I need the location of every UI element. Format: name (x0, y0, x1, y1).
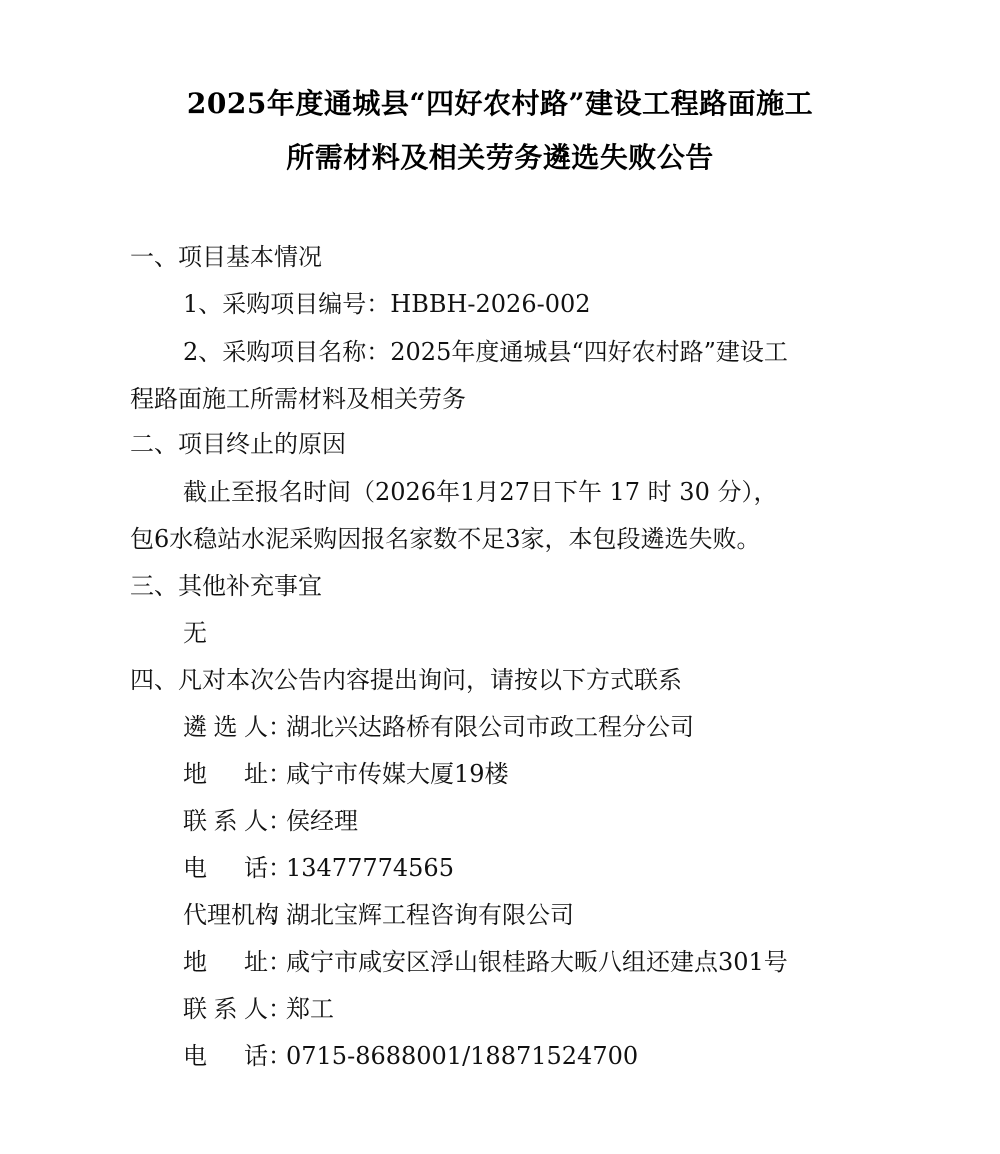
project-name-line-2: 程路面施工所需材料及相关劳务 (130, 383, 466, 415)
document-title-line-1: 2025年度通城县“四好农村路”建设工程路面施工 (0, 86, 1000, 122)
contact-value: 咸宁市咸安区浮山银桂路大畈八组还建点301号 (286, 946, 788, 978)
contact-label: 代理机构 (183, 899, 268, 931)
contact-label: 地址 (183, 946, 268, 978)
project-number: 1、采购项目编号：HBBH-2026-002 (183, 288, 591, 320)
other-matters-content: 无 (183, 617, 207, 649)
document-title-line-2: 所需材料及相关劳务遴选失败公告 (0, 140, 1000, 176)
contact-label: 联系人 (183, 993, 268, 1025)
contact-value: 咸宁市传媒大厦19楼 (286, 758, 509, 790)
contact-value: 郑工 (286, 993, 334, 1025)
section-heading-other-matters: 三、其他补充事宜 (130, 570, 322, 602)
contact-label: 联系人 (183, 805, 268, 837)
contact-label: 电话 (183, 852, 268, 884)
contact-value: 湖北宝辉工程咨询有限公司 (286, 899, 574, 931)
contact-value: 侯经理 (286, 805, 358, 837)
contact-value: 13477774565 (286, 852, 454, 884)
contact-value: 0715-8688001/18871524700 (286, 1040, 638, 1072)
termination-reason-line-1: 截止至报名时间（2026年1月27日下午 17 时 30 分）， (183, 476, 777, 508)
contact-row-agency-contact-person: 联系人 ： 郑工 (183, 993, 334, 1025)
contact-row-selector: 遴选人 ： 湖北兴达路桥有限公司市政工程分公司 (183, 711, 694, 743)
contact-label: 电话 (183, 1040, 268, 1072)
announcement-page: 2025年度通城县“四好农村路”建设工程路面施工 所需材料及相关劳务遴选失败公告… (0, 0, 1000, 1154)
contact-row-address: 地址 ： 咸宁市传媒大厦19楼 (183, 758, 509, 790)
section-heading-termination-reason: 二、项目终止的原因 (130, 428, 346, 460)
termination-reason-line-2: 包6水稳站水泥采购因报名家数不足3家，本包段遴选失败。 (130, 523, 761, 555)
project-name-line-1: 2、采购项目名称：2025年度通城县“四好农村路”建设工 (183, 336, 788, 368)
contact-value: 湖北兴达路桥有限公司市政工程分公司 (286, 711, 694, 743)
section-heading-basic-info: 一、项目基本情况 (130, 241, 322, 273)
contact-row-phone: 电话 ： 13477774565 (183, 852, 454, 884)
contact-row-contact-person: 联系人 ： 侯经理 (183, 805, 358, 837)
contact-row-agency: 代理机构 ： 湖北宝辉工程咨询有限公司 (183, 899, 574, 931)
contact-label: 地址 (183, 758, 268, 790)
contact-row-agency-address: 地址 ： 咸宁市咸安区浮山银桂路大畈八组还建点301号 (183, 946, 788, 978)
contact-label: 遴选人 (183, 711, 268, 743)
contact-row-agency-phone: 电话 ： 0715-8688001/18871524700 (183, 1040, 638, 1072)
section-heading-contact: 四、凡对本次公告内容提出询问，请按以下方式联系 (130, 664, 682, 696)
